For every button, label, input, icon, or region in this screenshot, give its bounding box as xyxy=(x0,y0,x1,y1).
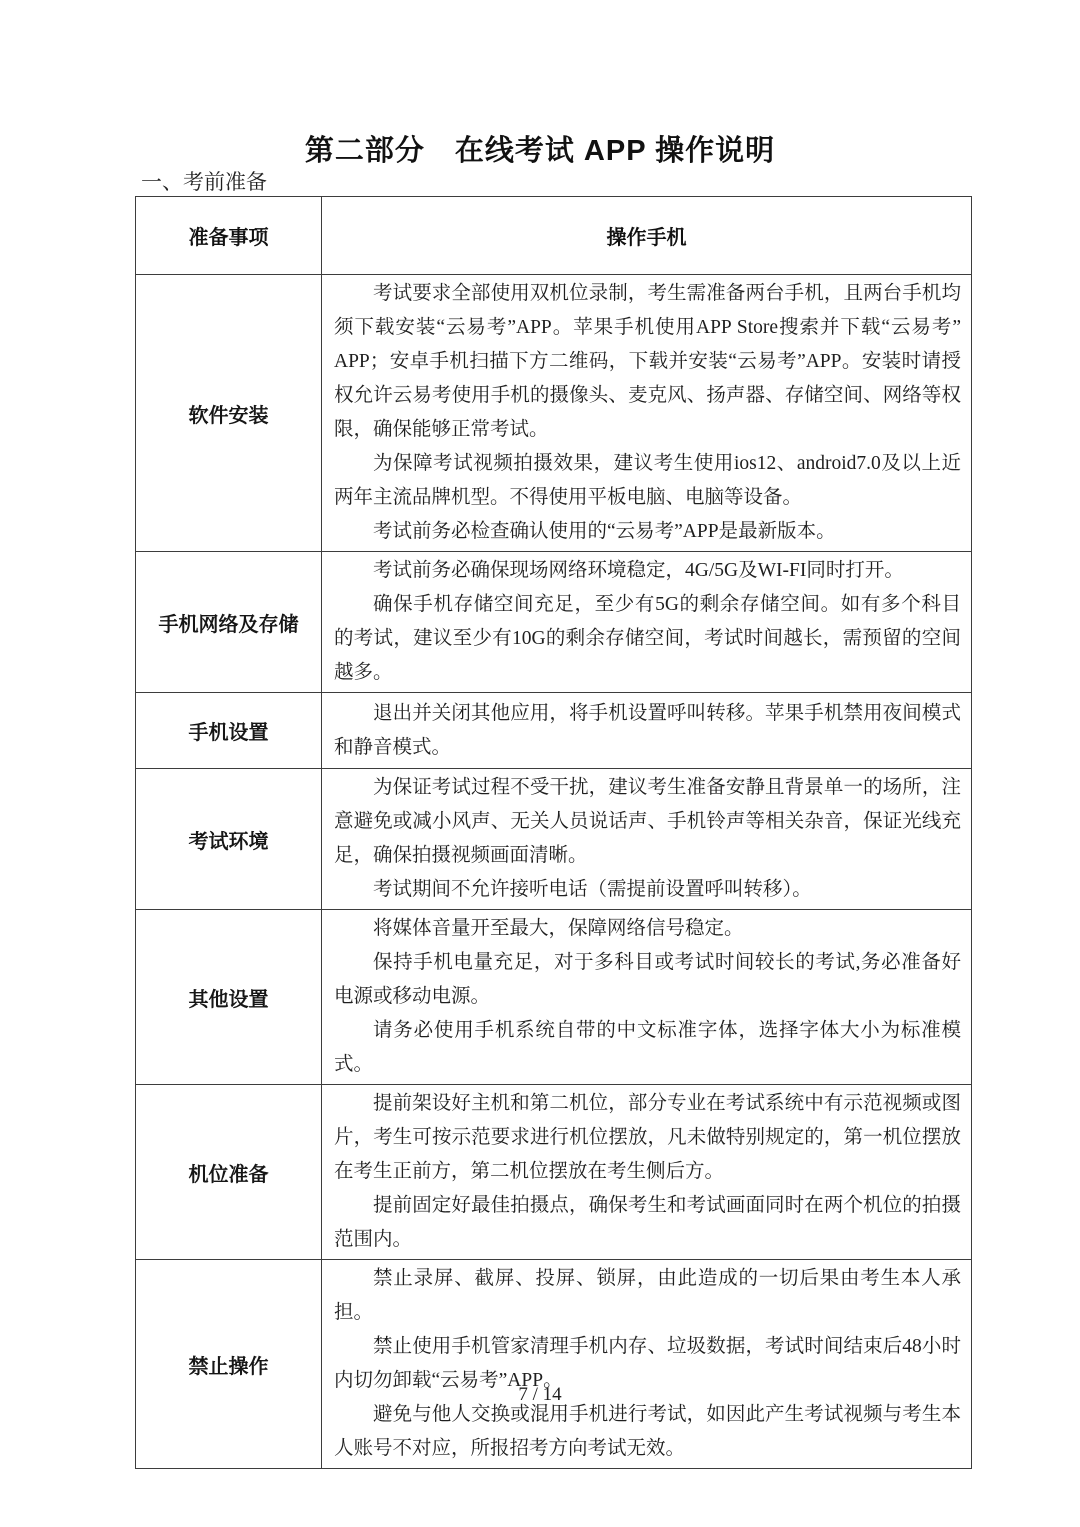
table-row: 其他设置 将媒体音量开至最大，保障网络信号稳定。 保持手机电量充足，对于多科目或… xyxy=(136,910,972,1085)
document-page: 第二部分 在线考试 APP 操作说明 一、考前准备 准备事项 操作手机 软件安装… xyxy=(0,0,1080,1527)
cell-paragraph: 提前架设好主机和第二机位，部分专业在考试系统中有示范视频或图片，考生可按示范要求… xyxy=(334,1087,961,1189)
cell-paragraph: 为保证考试过程不受干扰，建议考生准备安静且背景单一的场所，注意避免或减小风声、无… xyxy=(334,771,961,873)
column-header-operation: 操作手机 xyxy=(322,197,972,275)
cell-paragraph: 为保障考试视频拍摄效果，建议考生使用ios12、android7.0及以上近两年… xyxy=(334,447,961,515)
table-row: 手机网络及存储 考试前务必确保现场网络环境稳定，4G/5G及WI-FI同时打开。… xyxy=(136,552,972,693)
cell-paragraph: 考试前务必检查确认使用的“云易考”APP是最新版本。 xyxy=(334,515,961,549)
row-label: 软件安装 xyxy=(136,275,322,552)
row-content: 禁止录屏、截屏、投屏、锁屏，由此造成的一切后果由考生本人承担。 禁止使用手机管家… xyxy=(322,1260,972,1469)
row-label: 禁止操作 xyxy=(136,1260,322,1469)
cell-paragraph: 请务必使用手机系统自带的中文标准字体，选择字体大小为标准模式。 xyxy=(334,1014,961,1082)
cell-paragraph: 避免与他人交换或混用手机进行考试，如因此产生考试视频与考生本人账号不对应，所报招… xyxy=(334,1398,961,1466)
column-header-item: 准备事项 xyxy=(136,197,322,275)
cell-paragraph: 考试前务必确保现场网络环境稳定，4G/5G及WI-FI同时打开。 xyxy=(334,554,961,588)
row-label: 机位准备 xyxy=(136,1085,322,1260)
row-content: 提前架设好主机和第二机位，部分专业在考试系统中有示范视频或图片，考生可按示范要求… xyxy=(322,1085,972,1260)
cell-paragraph: 退出并关闭其他应用，将手机设置呼叫转移。苹果手机禁用夜间模式和静音模式。 xyxy=(334,697,961,765)
row-content: 考试前务必确保现场网络环境稳定，4G/5G及WI-FI同时打开。 确保手机存储空… xyxy=(322,552,972,693)
cell-paragraph: 考试期间不允许接听电话（需提前设置呼叫转移）。 xyxy=(334,873,961,907)
cell-paragraph: 提前固定好最佳拍摄点，确保考生和考试画面同时在两个机位的拍摄范围内。 xyxy=(334,1189,961,1257)
table-row: 考试环境 为保证考试过程不受干扰，建议考生准备安静且背景单一的场所，注意避免或减… xyxy=(136,769,972,910)
section-heading: 一、考前准备 xyxy=(141,166,267,196)
preparation-table-container: 准备事项 操作手机 软件安装 考试要求全部使用双机位录制，考生需准备两台手机，且… xyxy=(135,196,971,1469)
cell-paragraph: 确保手机存储空间充足，至少有5G的剩余存储空间。如有多个科目的考试，建议至少有1… xyxy=(334,588,961,690)
table-row: 手机设置 退出并关闭其他应用，将手机设置呼叫转移。苹果手机禁用夜间模式和静音模式… xyxy=(136,693,972,769)
cell-paragraph: 考试要求全部使用双机位录制，考生需准备两台手机，且两台手机均须下载安装“云易考”… xyxy=(334,277,961,447)
cell-paragraph: 将媒体音量开至最大，保障网络信号稳定。 xyxy=(334,912,961,946)
table-row: 禁止操作 禁止录屏、截屏、投屏、锁屏，由此造成的一切后果由考生本人承担。 禁止使… xyxy=(136,1260,972,1469)
row-content: 考试要求全部使用双机位录制，考生需准备两台手机，且两台手机均须下载安装“云易考”… xyxy=(322,275,972,552)
row-label: 考试环境 xyxy=(136,769,322,910)
row-content: 将媒体音量开至最大，保障网络信号稳定。 保持手机电量充足，对于多科目或考试时间较… xyxy=(322,910,972,1085)
cell-paragraph: 保持手机电量充足，对于多科目或考试时间较长的考试,务必准备好电源或移动电源。 xyxy=(334,946,961,1014)
page-number: 7 / 14 xyxy=(0,1384,1080,1406)
preparation-table: 准备事项 操作手机 软件安装 考试要求全部使用双机位录制，考生需准备两台手机，且… xyxy=(135,196,972,1469)
row-label: 手机网络及存储 xyxy=(136,552,322,693)
row-label: 手机设置 xyxy=(136,693,322,769)
row-label: 其他设置 xyxy=(136,910,322,1085)
table-row: 机位准备 提前架设好主机和第二机位，部分专业在考试系统中有示范视频或图片，考生可… xyxy=(136,1085,972,1260)
table-header-row: 准备事项 操作手机 xyxy=(136,197,972,275)
cell-paragraph: 禁止录屏、截屏、投屏、锁屏，由此造成的一切后果由考生本人承担。 xyxy=(334,1262,961,1330)
row-content: 退出并关闭其他应用，将手机设置呼叫转移。苹果手机禁用夜间模式和静音模式。 xyxy=(322,693,972,769)
table-row: 软件安装 考试要求全部使用双机位录制，考生需准备两台手机，且两台手机均须下载安装… xyxy=(136,275,972,552)
page-title: 第二部分 在线考试 APP 操作说明 xyxy=(0,128,1080,169)
row-content: 为保证考试过程不受干扰，建议考生准备安静且背景单一的场所，注意避免或减小风声、无… xyxy=(322,769,972,910)
